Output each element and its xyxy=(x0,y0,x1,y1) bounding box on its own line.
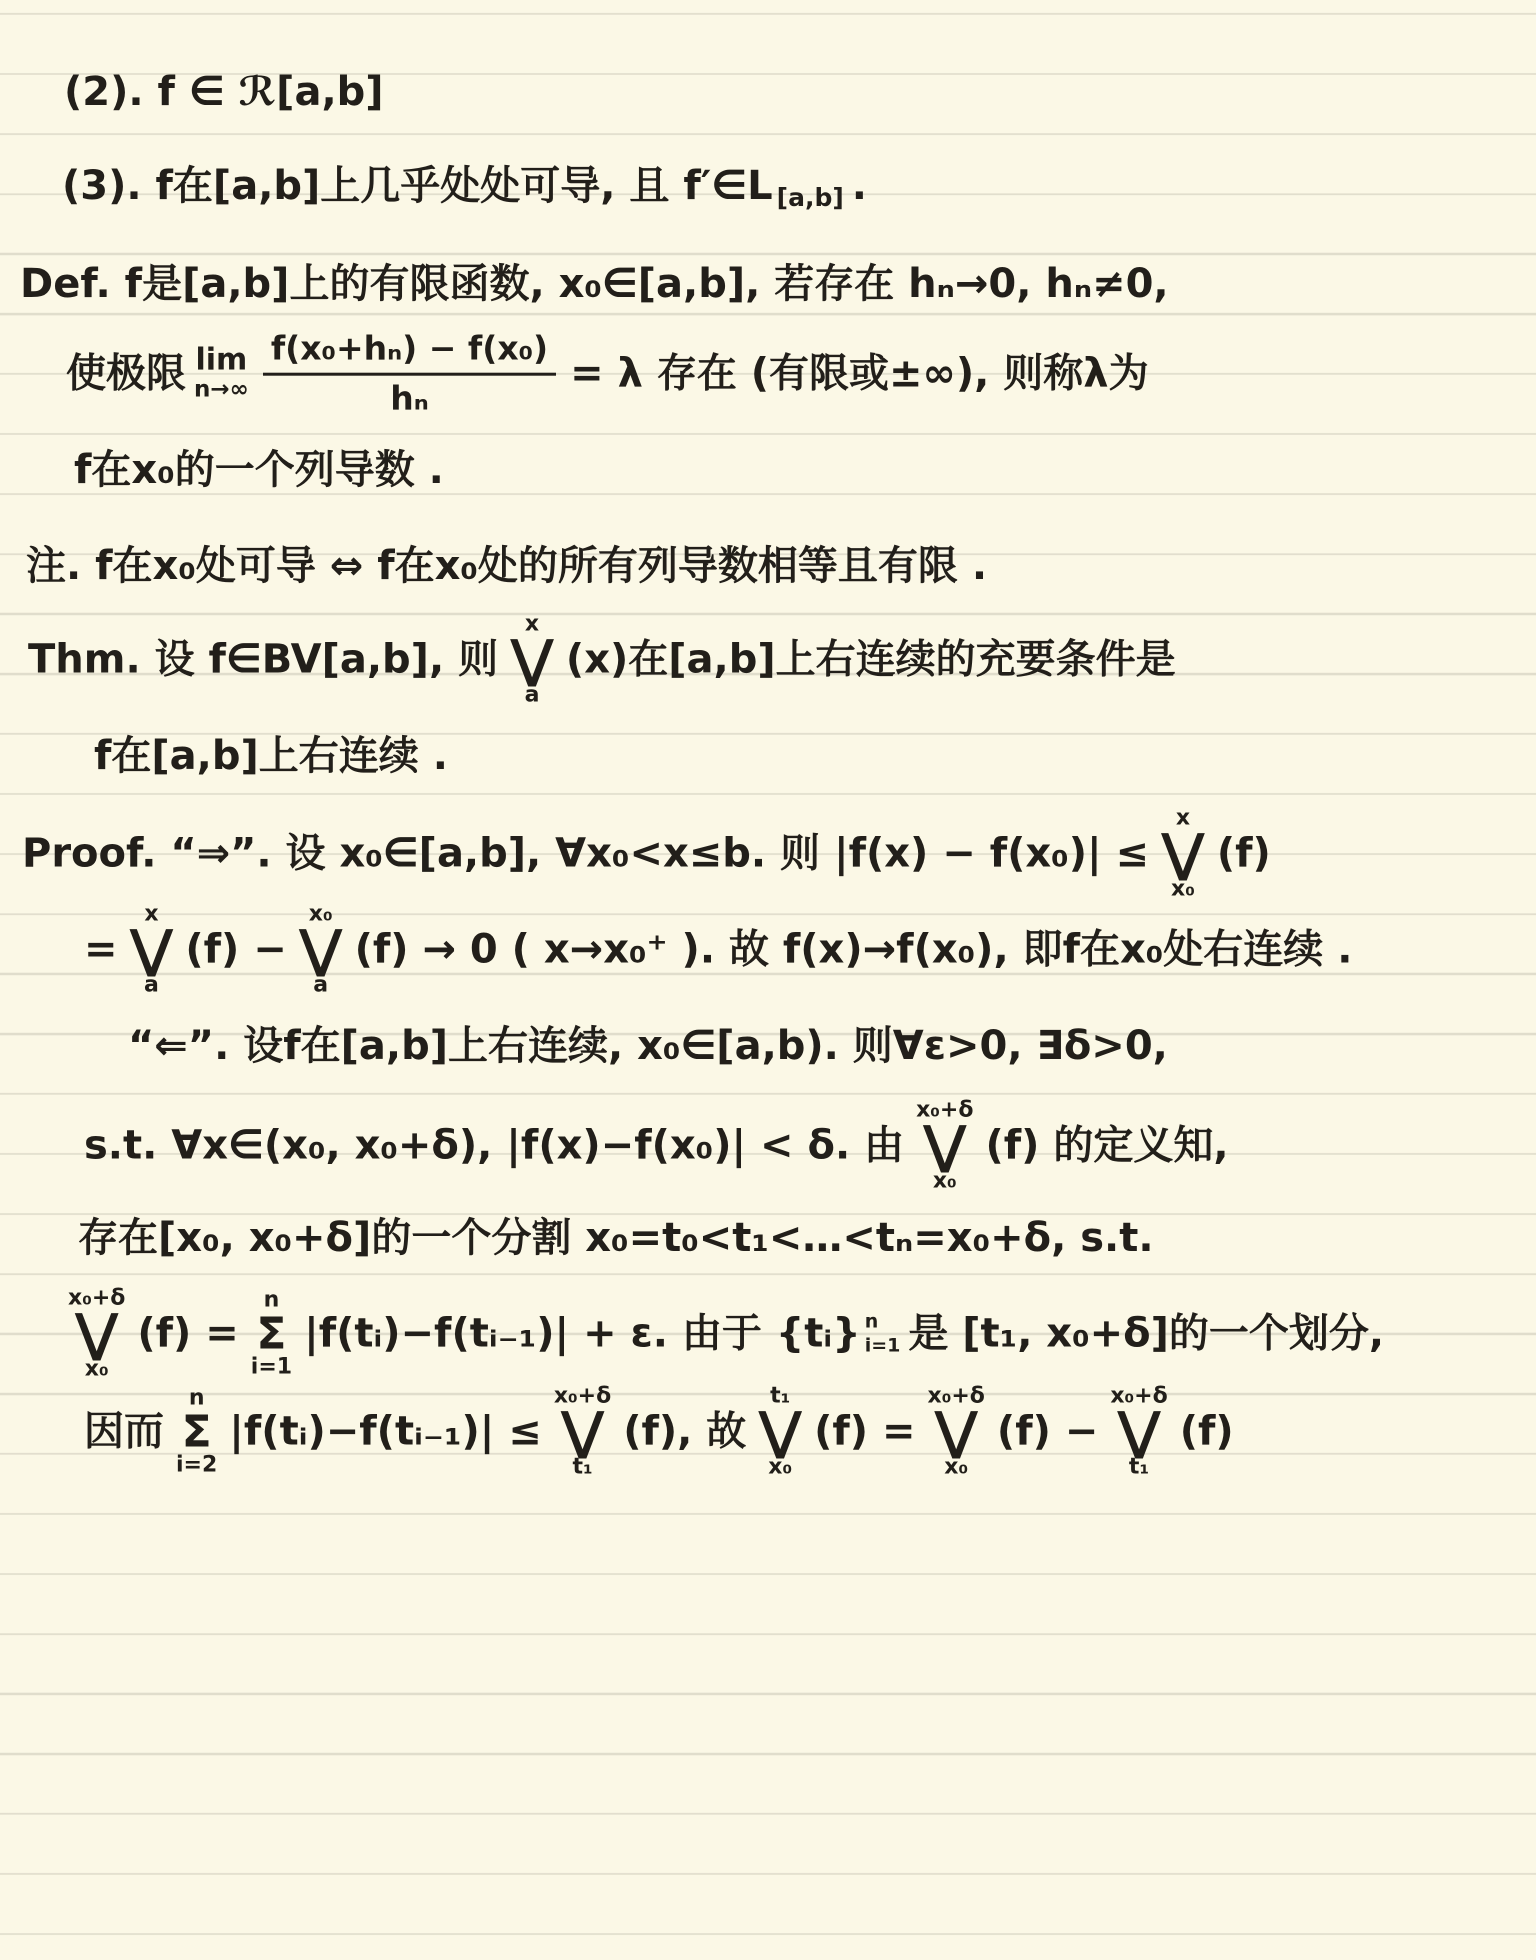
limit-post-text: = λ 存在 (有限或±∞), 则称λ为 xyxy=(570,349,1148,399)
variation-operator: x ⋁ a xyxy=(510,614,554,707)
conclusion-mid1-text: |f(tᵢ)−f(tᵢ₋₁)| ≤ xyxy=(229,1407,542,1457)
variation-vee-symbol: ⋁ xyxy=(75,1313,119,1356)
summation-lower: i=1 xyxy=(251,1357,292,1379)
variation-sub: a xyxy=(313,974,328,996)
conclusion-mid3-text: (f) = xyxy=(814,1407,915,1457)
variation-sub: x₀ xyxy=(85,1358,109,1380)
summation-operator: n Σ i=2 xyxy=(176,1387,217,1477)
line-partition-text: 存在[x₀, x₀+δ]的一个分割 x₀=t₀<t₁<…<tₙ=x₀+δ, s.… xyxy=(78,1213,1154,1263)
theorem-pre-text: Thm. 设 f∈BV[a,b], 则 xyxy=(28,635,498,685)
limit-operator: lim n→∞ xyxy=(194,346,249,402)
proof-st-post-text: (f) 的定义知, xyxy=(985,1121,1228,1171)
sigma-symbol: Σ xyxy=(182,1412,212,1452)
variation-vee-symbol: ⋁ xyxy=(561,1411,605,1454)
conclusion-mid2-text: (f), 故 xyxy=(623,1407,746,1457)
variation-operator: x₀+δ ⋁ t₁ xyxy=(1110,1386,1167,1479)
variation-vee-symbol: ⋁ xyxy=(1161,833,1205,876)
sequence-index-bounds: n i=1 xyxy=(865,1313,901,1356)
conclusion-post-text: (f) xyxy=(1180,1407,1234,1457)
conclusion-mid4-text: (f) − xyxy=(997,1407,1098,1457)
conclusion-pre-text: 因而 xyxy=(84,1407,164,1457)
variation-vee-symbol: ⋁ xyxy=(510,639,554,682)
sequence-sup: n xyxy=(865,1313,879,1332)
line-proof-st: s.t. ∀x∈(x₀, x₀+δ), |f(x)−f(x₀)| < δ. 由 … xyxy=(84,1100,1229,1193)
proof-st-pre-text: s.t. ∀x∈(x₀, x₀+δ), |f(x)−f(x₀)| < δ. 由 xyxy=(84,1121,904,1171)
line-theorem-cont-text: f在[a,b]上右连续 . xyxy=(94,731,448,781)
line-proof-forward-cont: = x ⋁ a (f) − x₀ ⋁ a (f) → 0 ( x→x₀⁺ ). … xyxy=(84,904,1352,997)
variation-operator: x ⋁ a xyxy=(130,904,174,997)
line-item-3-text: (3). f在[a,b]上几乎处处可导, 且 f′∈L xyxy=(62,161,773,211)
line-partition: 存在[x₀, x₀+δ]的一个分割 x₀=t₀<t₁<…<tₙ=x₀+δ, s.… xyxy=(78,1213,1154,1263)
variation-vee-symbol: ⋁ xyxy=(758,1411,802,1454)
variation-vee-symbol: ⋁ xyxy=(130,929,174,972)
variation-sub: t₁ xyxy=(1129,1456,1149,1478)
fraction-numerator: f(x₀+hₙ) − f(x₀) xyxy=(263,331,556,376)
line-remark-text: 注. f在x₀处可导 ⇔ f在x₀处的所有列导数相等且有限 . xyxy=(26,541,987,591)
summation-operator: n Σ i=1 xyxy=(251,1289,292,1379)
proof-forward-conclusion-text: (f) → 0 ( x→x₀⁺ ). 故 f(x)→f(x₀), 即f在x₀处右… xyxy=(355,925,1353,975)
line-definition-cont-text: f在x₀的一个列导数 . xyxy=(74,445,444,495)
variation-sum-post-text: 是 [t₁, x₀+δ]的一个划分, xyxy=(908,1309,1384,1359)
equals-sign: = xyxy=(84,925,118,975)
line-theorem: Thm. 设 f∈BV[a,b], 则 x ⋁ a (x)在[a,b]上右连续的… xyxy=(28,614,1176,707)
variation-operator: x₀+δ ⋁ x₀ xyxy=(68,1288,125,1381)
variation-sub: x₀ xyxy=(768,1456,792,1478)
line-definition-text: Def. f是[a,b]上的有限函数, x₀∈[a,b], 若存在 hₙ→0, … xyxy=(20,259,1169,309)
proof-mid-text: (f) − xyxy=(185,925,286,975)
variation-sub: t₁ xyxy=(572,1456,592,1478)
proof-forward-pre-text: Proof. “⇒”. 设 x₀∈[a,b], ∀x₀<x≤b. 则 |f(x)… xyxy=(22,829,1149,879)
line-item-3-subscript: [a,b] xyxy=(777,182,844,213)
line-item-3: (3). f在[a,b]上几乎处处可导, 且 f′∈L[a,b]. xyxy=(62,161,867,211)
line-item-3-period: . xyxy=(852,161,867,211)
theorem-post-text: (x)在[a,b]上右连续的充要条件是 xyxy=(566,635,1176,685)
limit-pre-text: 使极限 xyxy=(66,349,186,399)
limit-subscript: n→∞ xyxy=(194,379,249,402)
line-theorem-cont: f在[a,b]上右连续 . xyxy=(94,731,448,781)
sigma-symbol: Σ xyxy=(256,1314,286,1354)
variation-vee-symbol: ⋁ xyxy=(934,1411,978,1454)
sequence-sub: i=1 xyxy=(865,1337,901,1356)
notebook-page: (2). f ∈ ℛ[a,b] (3). f在[a,b]上几乎处处可导, 且 f… xyxy=(0,0,1536,1960)
variation-vee-symbol: ⋁ xyxy=(923,1125,967,1168)
line-item-2-text: (2). f ∈ ℛ[a,b] xyxy=(64,67,384,117)
variation-operator: x₀ ⋁ a xyxy=(299,904,343,997)
variation-sub: x₀ xyxy=(933,1170,957,1192)
line-variation-sum: x₀+δ ⋁ x₀ (f) = n Σ i=1 |f(tᵢ)−f(tᵢ₋₁)| … xyxy=(64,1288,1384,1381)
variation-sub: a xyxy=(525,684,540,706)
variation-sub: x₀ xyxy=(1171,878,1195,900)
line-proof-backward-text: “⇐”. 设f在[a,b]上右连续, x₀∈[a,b). 则∀ε>0, ∃δ>0… xyxy=(128,1021,1168,1071)
variation-operator: x₀+δ ⋁ x₀ xyxy=(916,1100,973,1193)
variation-sub: a xyxy=(144,974,159,996)
variation-operator: x₀+δ ⋁ t₁ xyxy=(554,1386,611,1479)
line-limit-formula: 使极限 lim n→∞ f(x₀+hₙ) − f(x₀) hₙ = λ 存在 (… xyxy=(66,331,1149,418)
variation-sub: x₀ xyxy=(944,1456,968,1478)
limit-lim-label: lim xyxy=(195,346,247,376)
fraction-denominator: hₙ xyxy=(390,376,429,417)
summation-lower: i=2 xyxy=(176,1455,217,1477)
line-remark: 注. f在x₀处可导 ⇔ f在x₀处的所有列导数相等且有限 . xyxy=(26,541,987,591)
variation-vee-symbol: ⋁ xyxy=(299,929,343,972)
variation-operator: t₁ ⋁ x₀ xyxy=(758,1386,802,1479)
difference-quotient-fraction: f(x₀+hₙ) − f(x₀) hₙ xyxy=(263,331,556,418)
line-proof-backward: “⇐”. 设f在[a,b]上右连续, x₀∈[a,b). 则∀ε>0, ∃δ>0… xyxy=(128,1021,1168,1071)
variation-vee-symbol: ⋁ xyxy=(1117,1411,1161,1454)
variation-operator: x ⋁ x₀ xyxy=(1161,808,1205,901)
line-proof-forward: Proof. “⇒”. 设 x₀∈[a,b], ∀x₀<x≤b. 则 |f(x)… xyxy=(22,808,1271,901)
line-definition-cont: f在x₀的一个列导数 . xyxy=(74,445,444,495)
line-definition: Def. f是[a,b]上的有限函数, x₀∈[a,b], 若存在 hₙ→0, … xyxy=(20,259,1169,309)
proof-forward-post-text: (f) xyxy=(1217,829,1271,879)
line-conclusion: 因而 n Σ i=2 |f(tᵢ)−f(tᵢ₋₁)| ≤ x₀+δ ⋁ t₁ (… xyxy=(84,1386,1234,1479)
variation-operator: x₀+δ ⋁ x₀ xyxy=(928,1386,985,1479)
line-item-2: (2). f ∈ ℛ[a,b] xyxy=(64,67,384,117)
variation-sum-equals: (f) = xyxy=(137,1309,238,1359)
variation-sum-mid-text: |f(tᵢ)−f(tᵢ₋₁)| + ε. 由于 {tᵢ} xyxy=(304,1309,861,1359)
